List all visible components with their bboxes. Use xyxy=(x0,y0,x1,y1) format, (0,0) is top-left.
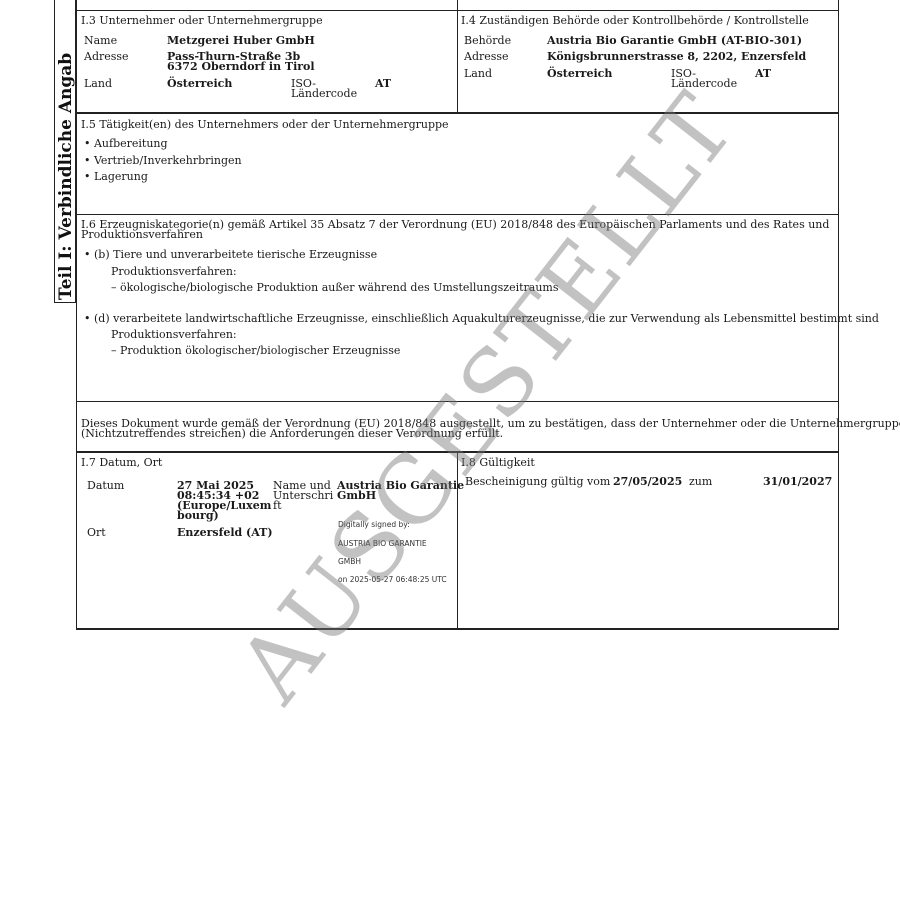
country-value: Österreich xyxy=(547,68,612,79)
divider-i3-i4 xyxy=(457,0,458,113)
address-line-2: 6372 Oberndorf in Tirol xyxy=(167,61,315,72)
address-label: Adresse xyxy=(464,51,509,62)
table-left-border xyxy=(76,0,77,629)
place-value: Enzersfeld (AT) xyxy=(177,527,273,538)
country-value: Österreich xyxy=(167,78,232,89)
iso-value: AT xyxy=(755,68,771,79)
section-heading-2: Produktionsverfahren xyxy=(81,229,203,240)
method-value: – Produktion ökologischer/biologischer E… xyxy=(111,345,400,356)
iso-value: AT xyxy=(375,78,391,89)
section-heading: I.3 Unternehmer oder Unternehmergruppe xyxy=(81,15,323,26)
date-label: Datum xyxy=(87,480,124,491)
digital-signature-line: AUSTRIA BIO GARANTIE xyxy=(338,538,427,549)
address-value: Königsbrunnerstrasse 8, 2202, Enzersfeld xyxy=(547,51,806,62)
digital-signature-line: on 2025-05-27 06:48:25 UTC xyxy=(338,574,447,585)
digital-signature-line: GMBH xyxy=(338,556,361,567)
activity-item: • Lagerung xyxy=(84,171,148,182)
place-label: Ort xyxy=(87,527,106,538)
to-label: zum xyxy=(689,476,712,487)
section-heading: I.8 Gültigkeit xyxy=(461,457,535,468)
divider-after-i6 xyxy=(76,401,839,402)
sidebar-title: Teil I: Verbindliche Angab xyxy=(56,53,76,300)
section-heading: I.7 Datum, Ort xyxy=(81,457,162,468)
valid-from: 27/05/2025 xyxy=(613,476,682,487)
method-label: Produktionsverfahren: xyxy=(111,329,237,340)
date-line: bourg) xyxy=(177,510,219,521)
address-label: Adresse xyxy=(84,51,129,62)
activity-item: • Aufbereitung xyxy=(84,138,168,149)
section-heading: I.5 Tätigkeit(en) des Unternehmers oder … xyxy=(81,119,449,130)
section-heading: I.4 Zuständigen Behörde oder Kontrollbeh… xyxy=(461,15,809,26)
country-label: Land xyxy=(84,78,112,89)
company-name: Metzgerei Huber GmbH xyxy=(167,35,315,46)
digital-signature-line: Digitally signed by: xyxy=(338,519,410,530)
statement-line-2: (Nichtzutreffendes streichen) die Anford… xyxy=(81,428,503,439)
method-label: Produktionsverfahren: xyxy=(111,266,237,277)
method-value: – ökologische/biologische Produktion auß… xyxy=(111,282,559,293)
category-title: • (b) Tiere und unverarbeitete tierische… xyxy=(84,249,377,260)
valid-to: 31/01/2027 xyxy=(763,476,832,487)
divider-after-i5 xyxy=(76,214,839,215)
category-title: • (d) verarbeitete landwirtschaftliche E… xyxy=(84,313,879,324)
country-label: Land xyxy=(464,68,492,79)
iso-label-2: Ländercode xyxy=(671,78,737,89)
name-label: Name xyxy=(84,35,117,46)
signature-label: Unterschri xyxy=(273,490,333,501)
validity-label: Bescheinigung gültig vom xyxy=(465,476,610,487)
divider-after-i3 xyxy=(76,112,839,114)
signer-name: GmbH xyxy=(337,490,376,501)
table-bottom-border xyxy=(76,628,839,630)
divider-top xyxy=(76,10,839,11)
signature-label: ft xyxy=(273,500,282,511)
activity-item: • Vertrieb/Inverkehrbringen xyxy=(84,155,242,166)
authority-label: Behörde xyxy=(464,35,511,46)
iso-label-2: Ländercode xyxy=(291,88,357,99)
authority-value: Austria Bio Garantie GmbH (AT-BIO-301) xyxy=(547,35,802,46)
